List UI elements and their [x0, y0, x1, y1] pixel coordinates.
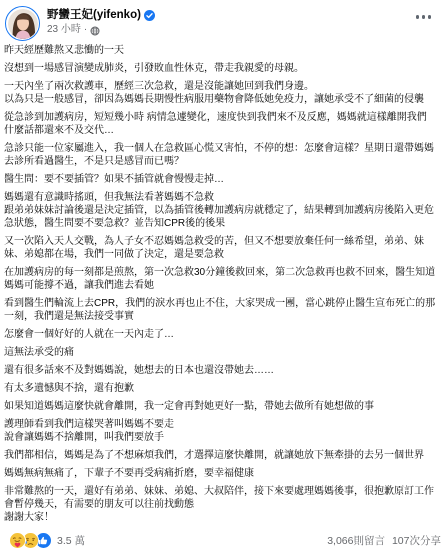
engagement-bar: 3.5 萬 3,066則留言 107次分享 — [10, 533, 441, 548]
post-paragraph: 媽媽還有意識時搖頭，但我無法看著媽媽不急救跟弟弟妹妹討論後還是決定插管，以為插管… — [4, 191, 443, 230]
avatar-image — [8, 9, 38, 39]
post-text: 昨天經歷難熬又悲慟的一天沒想到一場感冒演變成肺炎，引發敗血性休克，帶走我親愛的母… — [0, 44, 447, 524]
care-reaction-icon — [10, 533, 25, 548]
post-paragraph: 還有很多話來不及對媽媽說，她想去的日本也還沒帶她去…… — [4, 364, 443, 377]
ellipsis-icon — [416, 15, 420, 19]
post-paragraph: 有太多遺憾與不捨，還有抱歉 — [4, 382, 443, 395]
post-paragraph: 我們都相信，媽媽是為了不想麻煩我們，才選擇這麼快離開，就讓她放下無牽掛的去另一個… — [4, 449, 443, 462]
post-paragraph: 一天內坐了兩次救護車，歷經三次急救，還是沒能讓她回到我們身邊。以為只是一般感冒，… — [4, 80, 443, 106]
post-paragraph: 看到醫生們輪流上去CPR，我們的淚水再也止不住，大家哭成一團，當心跳停止醫生宣布… — [4, 297, 443, 323]
comment-share-counts: 3,066則留言 107次分享 — [327, 533, 441, 548]
post-paragraph: 從急診到加護病房，短短幾小時 病情急遽變化，速度快到我們來不及反應，媽媽就這樣離… — [4, 111, 443, 137]
comment-count[interactable]: 3,066則留言 — [327, 533, 385, 548]
verified-badge-icon — [144, 10, 155, 21]
ellipsis-icon — [428, 15, 432, 19]
post-paragraph: 怎麼會一個好好的人就在一天內走了… — [4, 328, 443, 341]
author-name[interactable]: 野蠻王妃(yifenko) — [47, 8, 141, 22]
post-paragraph: 醫生問：要不要插管？如果不插管就會慢慢走掉… — [4, 173, 443, 186]
post-paragraph: 沒想到一場感冒演變成肺炎，引發敗血性休克，帶走我親愛的母親。 — [4, 62, 443, 75]
post-paragraph: 這無法承受的痛 — [4, 346, 443, 359]
like-reaction-icon — [36, 533, 51, 548]
header-meta: 野蠻王妃(yifenko) 23 小時 · — [47, 6, 155, 36]
post-paragraph: 如果知道媽媽這麼快就會離開，我一定會再對她更好一點，帶她去做所有她想做的事 — [4, 400, 443, 413]
post-paragraph: 護理師看到我們這樣哭著叫媽媽不要走說會讓媽媽不捨離開，叫我們要放手 — [4, 418, 443, 444]
timestamp[interactable]: 23 小時 — [47, 24, 81, 36]
post-paragraph: 媽媽無病無痛了，下輩子不要再受病痛折磨，要幸福健康 — [4, 467, 443, 480]
sad-reaction-icon — [23, 533, 38, 548]
post-paragraph: 在加護病房的每一刻都是煎熬，第一次急救30分鐘後救回來，第二次急救再也救不回來，… — [4, 266, 443, 292]
facebook-post: 野蠻王妃(yifenko) 23 小時 · — [0, 0, 447, 553]
avatar[interactable] — [5, 6, 40, 41]
share-count[interactable]: 107次分享 — [392, 533, 441, 548]
timestamp-separator: · — [84, 24, 87, 36]
post-paragraph: 又一次陷入天人交戰，為人子女不忍媽媽急救受的苦，但又不想要放棄任何一絲希望，弟弟… — [4, 235, 443, 261]
ellipsis-icon — [422, 15, 426, 19]
post-header: 野蠻王妃(yifenko) 23 小時 · — [0, 0, 447, 41]
post-paragraph: 昨天經歷難熬又悲慟的一天 — [4, 44, 443, 57]
post-paragraph: 非常難熬的一天，還好有弟弟、妹妹、弟媳、大叔陪伴，接下來要處理媽媽後事，很抱歉原… — [4, 485, 443, 524]
reaction-summary[interactable]: 3.5 萬 — [10, 533, 85, 548]
post-menu-button[interactable] — [414, 11, 434, 23]
globe-icon — [90, 25, 100, 36]
reaction-count[interactable]: 3.5 萬 — [57, 533, 85, 548]
post-paragraph: 急診只能一位家屬進入，我一個人在急救區心慌又害怕，不停的想：怎麼會這樣？星期日還… — [4, 142, 443, 168]
